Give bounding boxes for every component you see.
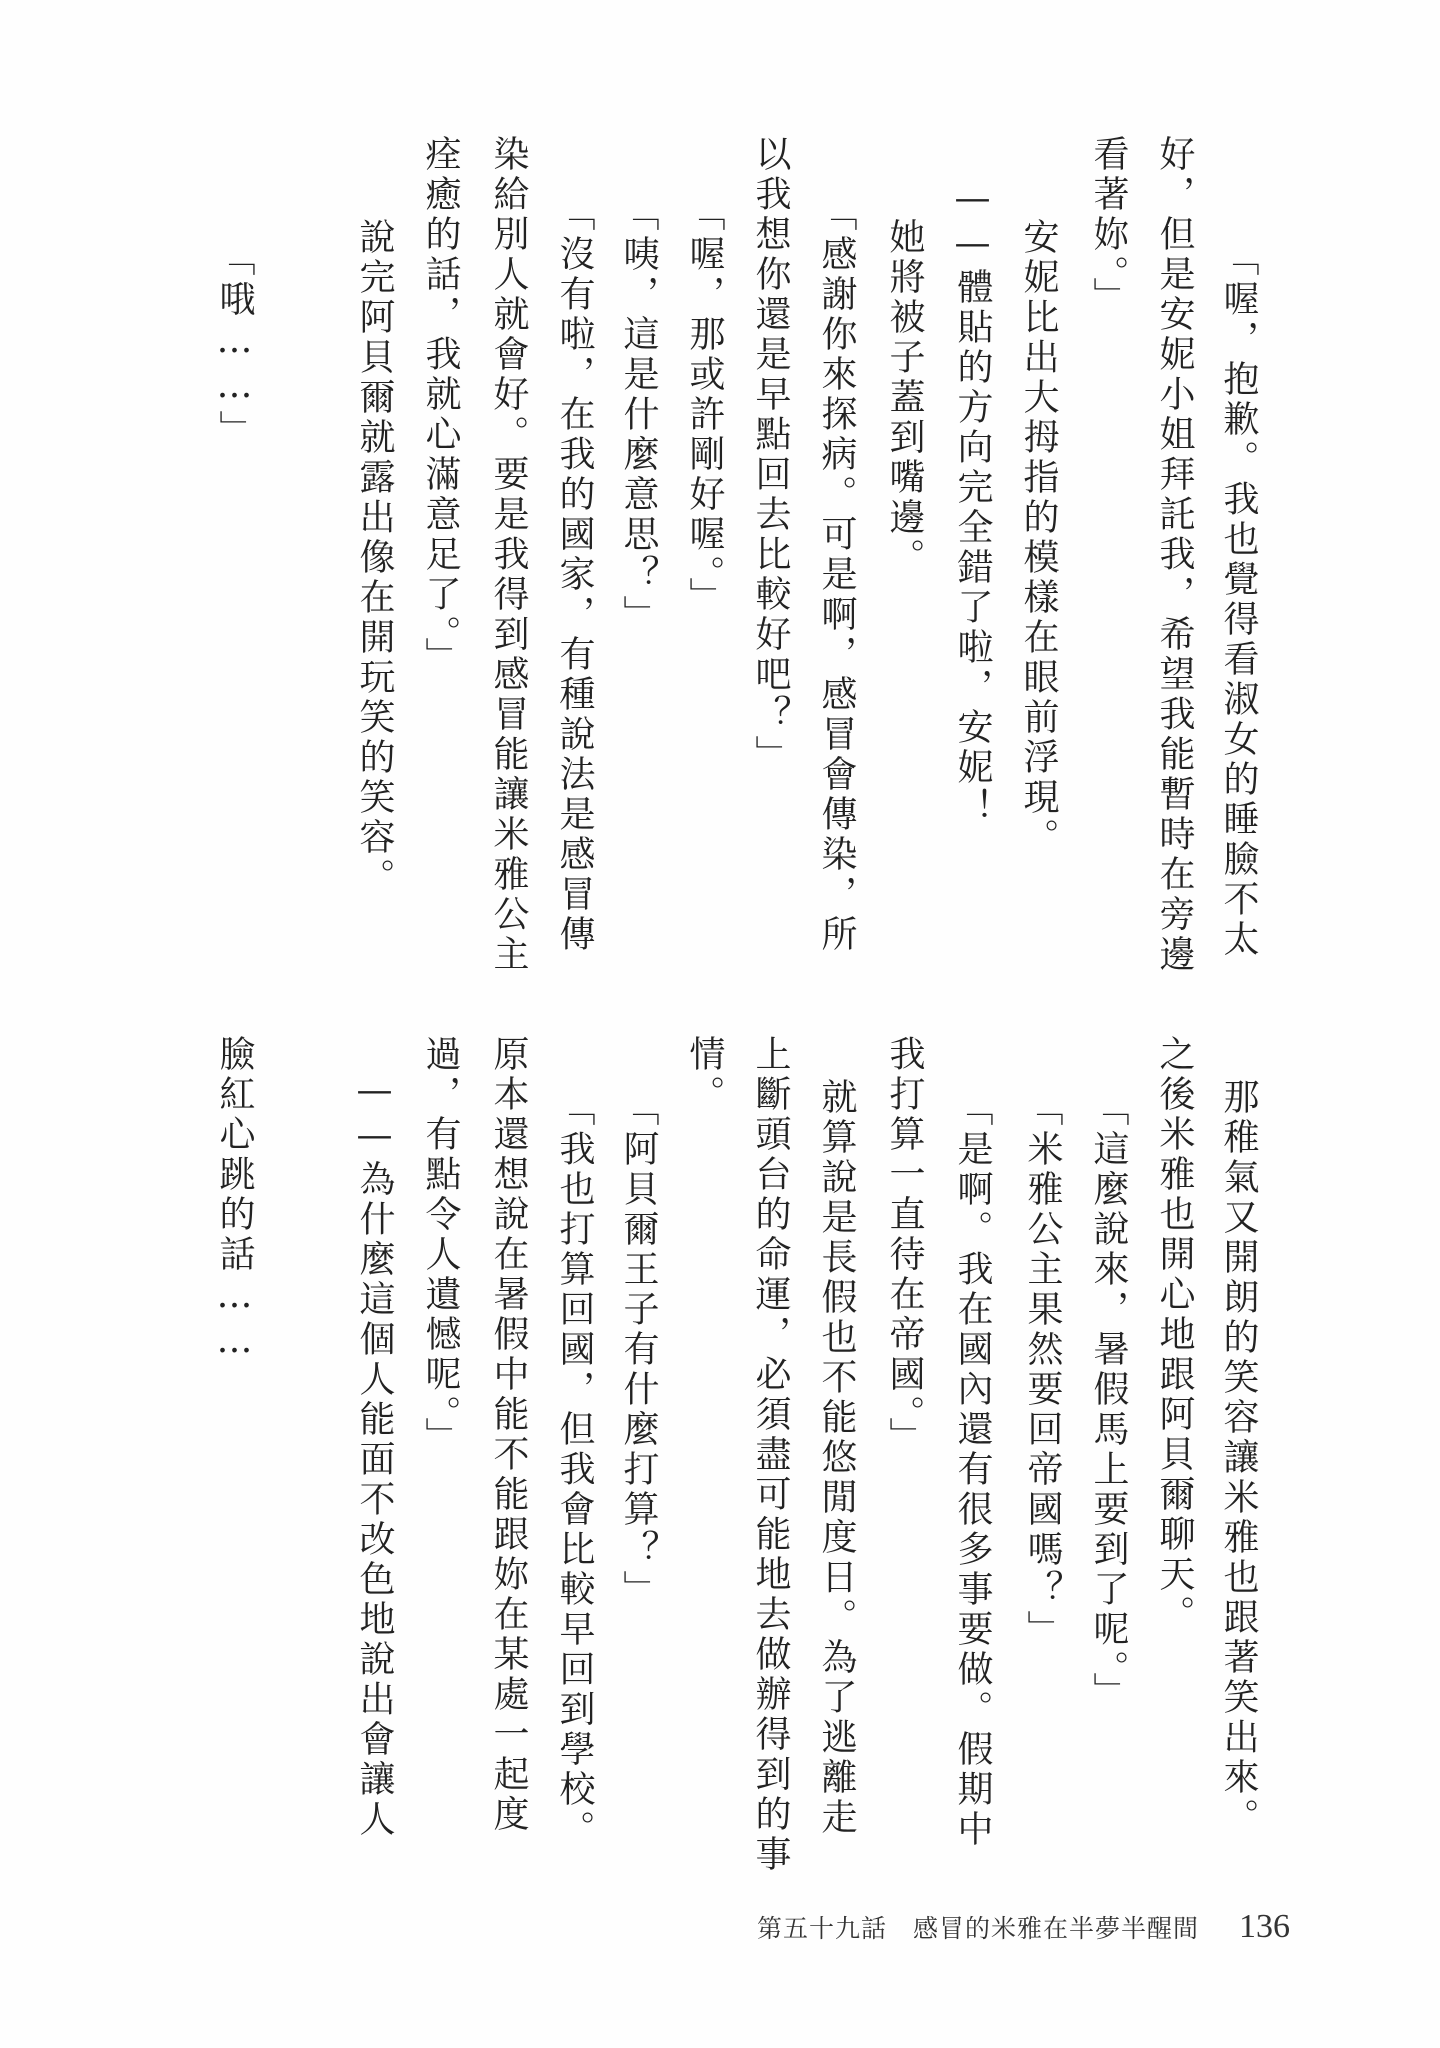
lower-text-column: 就算說是長假也不能悠閒度日。為了逃離走 [812,1078,856,1838]
upper-text-column: 好，但是安妮小姐拜託我，希望我能暫時在旁邊 [1150,135,1194,975]
lower-text-column: 情。 [680,1035,724,1115]
upper-text-column: 「喔，那或許剛好喔。」 [680,195,724,617]
lower-text-column: 過，有點令人遺憾呢。」 [416,1035,460,1457]
lower-text-column: 那稚氣又開朗的笑容讓米雅也跟著笑出來。 [1214,1078,1258,1838]
upper-text-column: 染給別人就會好。要是我得到感冒能讓米雅公主 [484,135,528,975]
upper-text-column: 以我想你還是早點回去比較好吧？」 [746,135,790,775]
lower-text-column: 我打算一直待在帝國。」 [880,1035,924,1457]
page-number: 136 [1239,1908,1290,1946]
lower-text-column: 「阿貝爾王子有什麼打算？」 [614,1090,658,1610]
upper-text-column: 「沒有啦，在我的國家，有種說法是感冒傳 [550,195,594,955]
upper-text-column: ——體貼的方向完全錯了啦，安妮！ [948,178,992,828]
book-page: 「喔，抱歉。我也覺得看淑女的睡臉不太好，但是安妮小姐拜託我，希望我能暫時在旁邊看… [0,0,1440,2048]
lower-text-column: 「米雅公主果然要回帝國嗎？」 [1018,1090,1062,1650]
chapter-title: 第五十九話 感冒的米雅在半夢半醒間 [757,1909,1199,1945]
upper-text-column: 說完阿貝爾就露出像在開玩笑的笑容。 [350,218,394,898]
lower-text-column: 「這麼說來，暑假馬上要到了呢。」 [1084,1090,1128,1712]
lower-text-column: 上斷頭台的命運，必須盡可能地去做辦得到的事 [746,1035,790,1875]
upper-text-column: 「感謝你來探病。可是啊，感冒會傳染，所 [812,195,856,955]
lower-text-column: 「是啊。我在國內還有很多事要做。假期中 [948,1090,992,1850]
lower-text-column: 原本還想說在暑假中能不能跟妳在某處一起度 [484,1035,528,1835]
lower-text-column: ——為什麼這個人能面不改色地說出會讓人 [350,1070,394,1840]
upper-text-column: 安妮比出大拇指的模樣在眼前浮現。 [1014,218,1058,858]
upper-text-column: 她將被子蓋到嘴邊。 [880,218,924,578]
upper-text-column: 痊癒的話，我就心滿意足了。」 [416,135,460,677]
upper-text-column: 「咦，這是什麼意思？」 [614,195,658,635]
upper-text-column: 「哦……」 [210,240,254,450]
upper-text-column: 看著妳。」 [1084,135,1128,317]
page-footer: 第五十九話 感冒的米雅在半夢半醒間 136 [757,1908,1290,1946]
lower-text-column: 「我也打算回國，但我會比較早回到學校。 [550,1090,594,1850]
upper-text-column: 「喔，抱歉。我也覺得看淑女的睡臉不太 [1214,240,1258,960]
lower-text-column: 臉紅心跳的話…… [210,1035,254,1365]
lower-text-column: 之後米雅也開心地跟阿貝爾聊天。 [1150,1035,1194,1635]
